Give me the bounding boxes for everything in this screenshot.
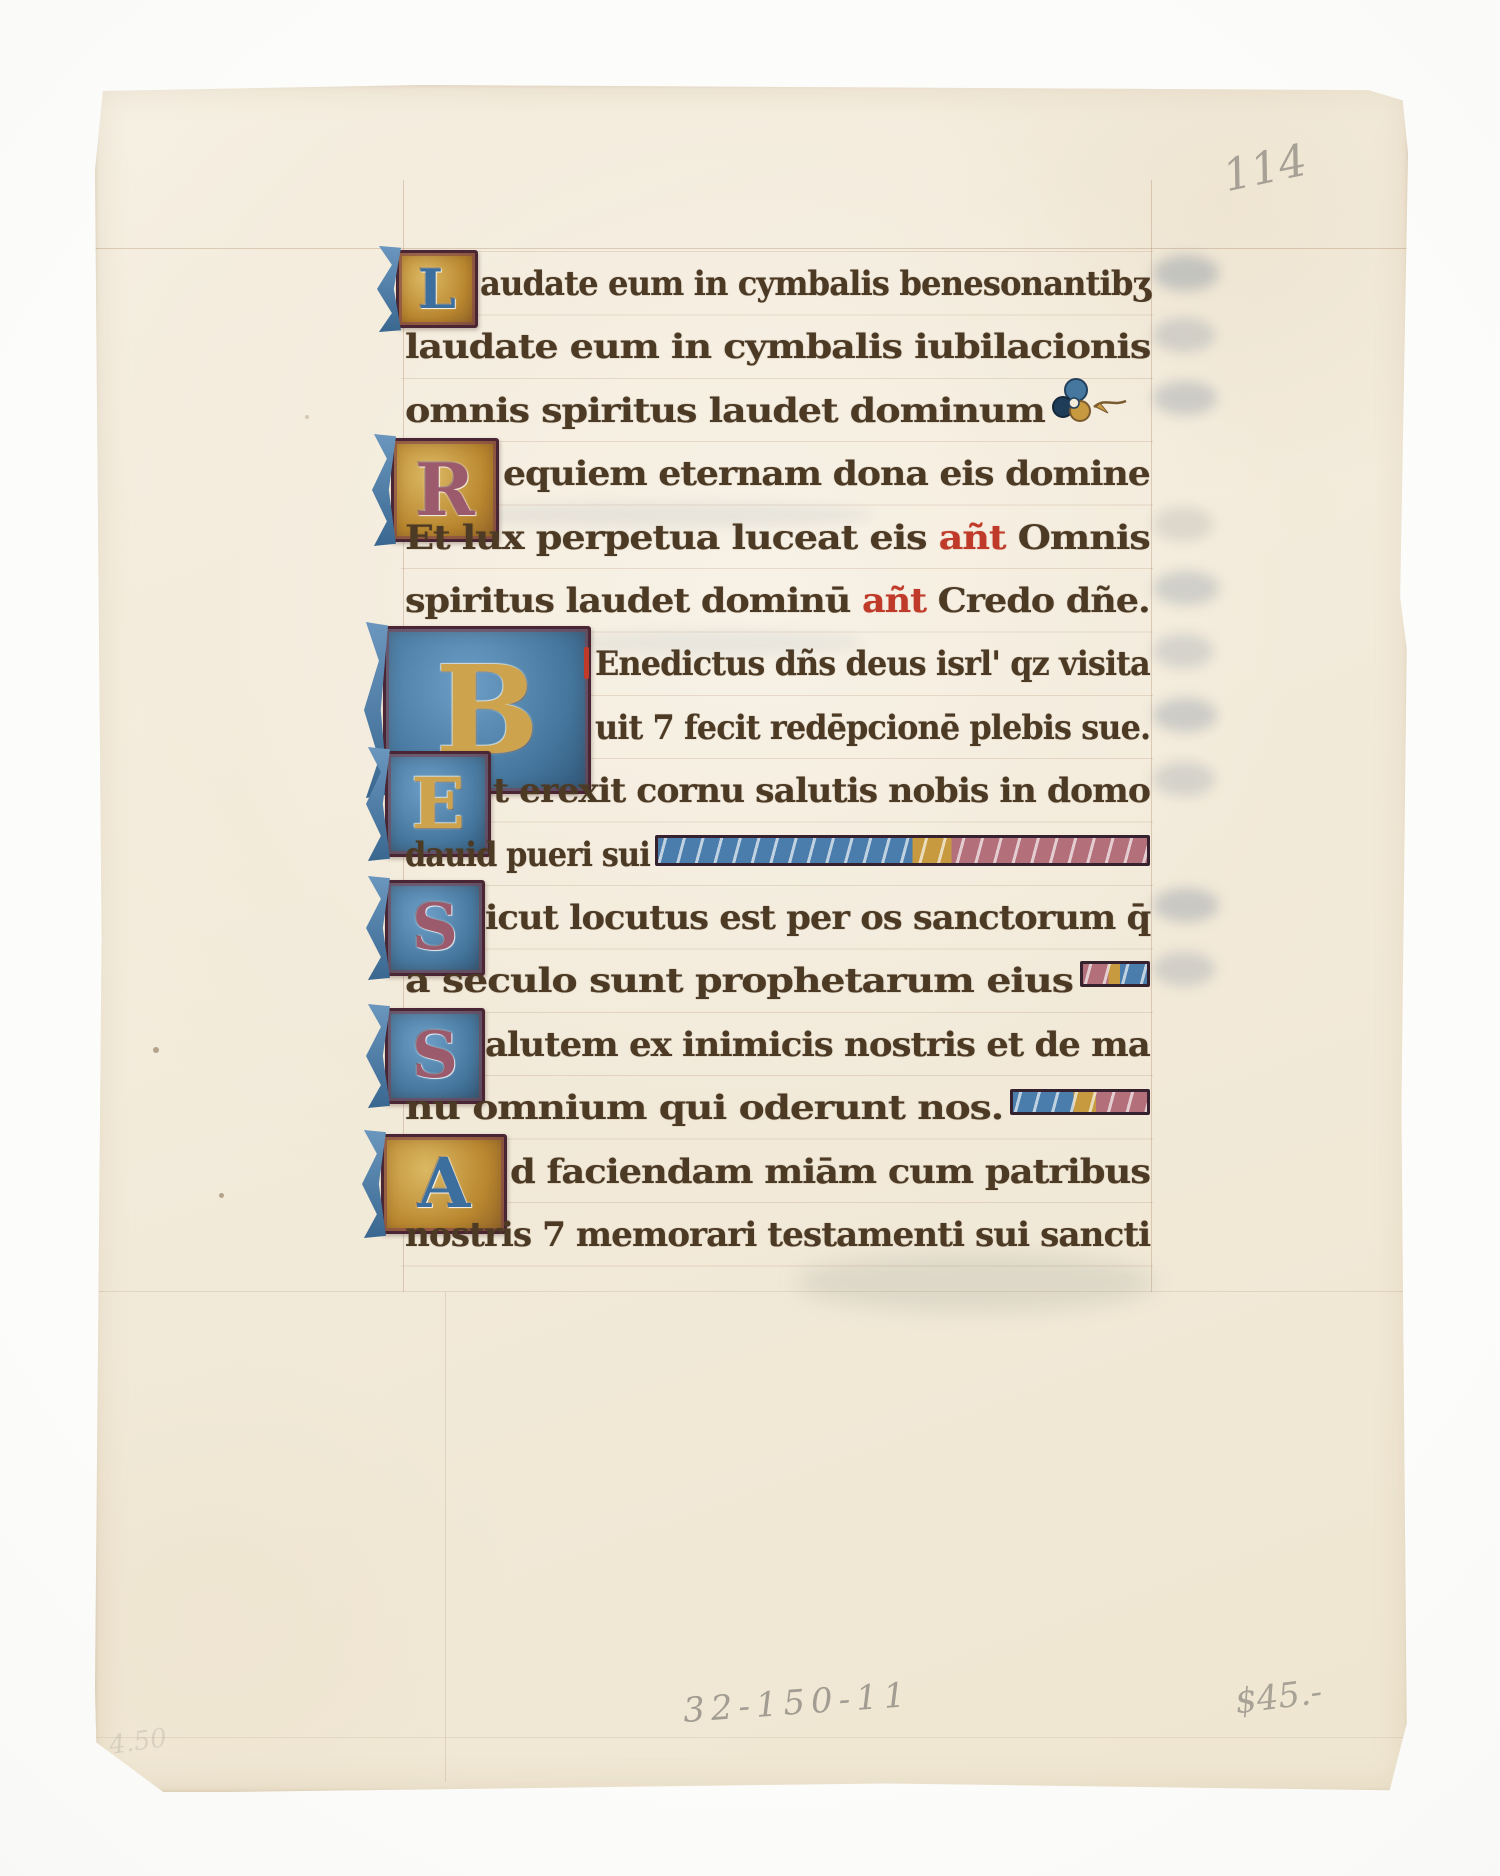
line-text: spiritus laudet dominū añt Credo dñe. bbox=[405, 581, 1150, 621]
smudge bbox=[1153, 255, 1219, 291]
text-line-7: Enedictus dñs deus isrl' qz visita bbox=[595, 632, 1150, 695]
text-line-15: d faciendam miām cum patribus bbox=[510, 1140, 1150, 1203]
text-line-12: a seculo sunt prophetarum eius bbox=[405, 949, 1073, 1012]
text-line-2: laudate eum in cymbalis iubilacionis bbox=[405, 315, 1150, 378]
rubric-text: añt bbox=[939, 518, 1006, 558]
filler-pattern bbox=[1013, 1092, 1147, 1112]
price-mark: $45.- bbox=[1233, 1672, 1324, 1722]
smudge bbox=[1153, 381, 1217, 415]
text-line-11: icut locutus est per os sanctorum q̄ bbox=[485, 886, 1150, 949]
filler-pattern bbox=[1083, 964, 1147, 984]
smudge bbox=[1153, 698, 1217, 732]
line-text: laudate eum in cymbalis iubilacionis bbox=[405, 327, 1150, 367]
photo-backdrop: L R B E S S A audate eum in cymbalis ben bbox=[0, 0, 1500, 1876]
filler-pattern bbox=[658, 838, 1147, 863]
stain-speck bbox=[219, 1193, 224, 1198]
line-text: nostris 7 memorari testamenti sui sancti bbox=[405, 1215, 1150, 1255]
line-filler-bar-long bbox=[655, 835, 1150, 866]
text-line-1: audate eum in cymbalis benesonantibʒ bbox=[480, 252, 1150, 315]
line-text-segment: Omnis bbox=[1005, 518, 1149, 558]
line-text: equiem eternam dona eis domine bbox=[503, 454, 1150, 494]
line-text-segment: Et lux perpetua luceat eis bbox=[405, 518, 939, 558]
dealer-code: 32-150-11 bbox=[682, 1675, 913, 1731]
manuscript-leaf: L R B E S S A audate eum in cymbalis ben bbox=[95, 85, 1408, 1792]
line-text-segment: Credo dñe. bbox=[926, 581, 1150, 621]
faint-corner-mark: 4.50 bbox=[107, 1723, 169, 1761]
smudge bbox=[1153, 762, 1215, 796]
smudge bbox=[1153, 634, 1213, 668]
line-filler-bar-short bbox=[1010, 1089, 1150, 1115]
initial-flourish-icon bbox=[362, 1130, 386, 1238]
initial-flourish-icon bbox=[366, 1004, 390, 1108]
ruling-line bbox=[95, 1291, 1408, 1292]
smudge bbox=[1153, 507, 1213, 541]
smudge bbox=[1153, 318, 1215, 352]
stain-speck bbox=[305, 415, 309, 419]
line-text: alutem ex inimicis nostris et de ma bbox=[485, 1025, 1150, 1065]
line-text: Et lux perpetua luceat eis añt Omnis bbox=[405, 518, 1150, 558]
line-text: audate eum in cymbalis benesonantibʒ bbox=[480, 264, 1150, 304]
initial-flourish-icon bbox=[366, 876, 390, 980]
text-line-6: spiritus laudet dominū añt Credo dñe. bbox=[405, 569, 1150, 632]
folio-number: 114 bbox=[1219, 135, 1312, 202]
text-line-5: Et lux perpetua luceat eis añt Omnis bbox=[405, 506, 1150, 569]
text-line-16: nostris 7 memorari testamenti sui sancti bbox=[405, 1203, 1150, 1266]
text-line-8: uit 7 fecit redēpcionē plebis sue. bbox=[595, 696, 1150, 759]
line-text: omnis spiritus laudet dominum bbox=[405, 391, 1045, 431]
ruling-line bbox=[95, 248, 1408, 249]
initial-flourish-icon bbox=[377, 246, 401, 332]
text-line-10: dauid pueri sui bbox=[405, 823, 650, 886]
line-text: uit 7 fecit redēpcionē plebis sue. bbox=[595, 708, 1150, 748]
initial-flourish-icon bbox=[366, 747, 390, 861]
text-line-13: alutem ex inimicis nostris et de ma bbox=[485, 1013, 1150, 1076]
initial-letter: L bbox=[418, 262, 456, 316]
line-filler-bar-short bbox=[1080, 961, 1150, 987]
ruling-line bbox=[95, 1737, 1408, 1738]
line-text: t erexit cornu salutis nobis in domo bbox=[493, 771, 1150, 811]
line-text-segment: spiritus laudet dominū bbox=[405, 581, 862, 621]
line-text: Enedictus dñs deus isrl' qz visita bbox=[595, 644, 1150, 684]
smudge bbox=[1153, 888, 1219, 922]
smudge bbox=[1153, 571, 1219, 605]
text-line-14: nu omnium qui oderunt nos. bbox=[405, 1076, 1003, 1139]
smudge bbox=[1153, 952, 1215, 986]
initial-flourish-icon bbox=[372, 434, 396, 546]
rubric-text: añt bbox=[862, 581, 926, 621]
text-line-4: equiem eternam dona eis domine bbox=[503, 442, 1150, 505]
line-text: dauid pueri sui bbox=[405, 835, 650, 875]
ruling-line bbox=[445, 1292, 446, 1782]
line-text: nu omnium qui oderunt nos. bbox=[405, 1088, 1003, 1128]
text-line-9: t erexit cornu salutis nobis in domo bbox=[493, 759, 1150, 822]
red-pen-stroke bbox=[584, 647, 589, 679]
line-text: icut locutus est per os sanctorum q̄ bbox=[485, 898, 1150, 938]
text-line-3: omnis spiritus laudet dominum bbox=[405, 379, 1045, 442]
trefoil-flower-icon bbox=[1050, 377, 1128, 431]
stain-speck bbox=[153, 1047, 159, 1053]
line-text: d faciendam miām cum patribus bbox=[510, 1152, 1150, 1192]
line-text: a seculo sunt prophetarum eius bbox=[405, 961, 1073, 1001]
